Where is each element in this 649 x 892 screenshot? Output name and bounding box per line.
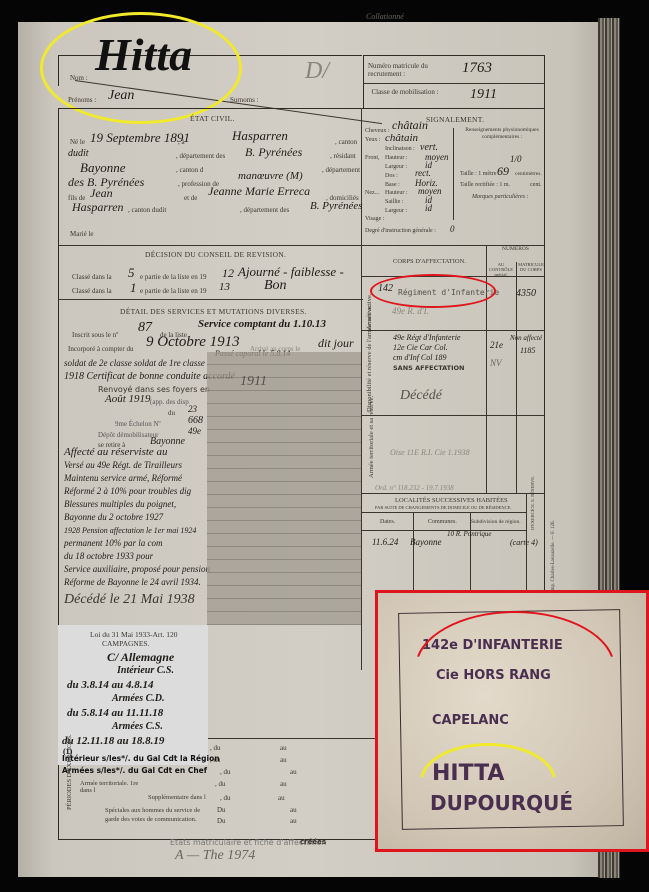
note-line: Maintenu service armé, Réformé xyxy=(64,472,214,485)
civil-right-divider xyxy=(361,108,362,245)
territoriale-label-vert: Armée territoriale et sa réserve. xyxy=(368,396,375,478)
dos-value: rect. xyxy=(415,168,431,178)
conseil-row2-partie: 1 xyxy=(130,280,137,296)
periodes-au: au xyxy=(280,744,287,752)
incorpore-label: Incorporé à compter du xyxy=(68,345,134,353)
col-matricule: MATRICULE DU CORPS xyxy=(517,262,545,272)
affectation-bottom-line: Ord. n° 118.232 - 19.7.1938 xyxy=(375,484,454,492)
decede-affectation: Décédé xyxy=(400,388,442,404)
localites-note: (carte 4) xyxy=(510,538,538,547)
note-line: du 18 octobre 1933 pour xyxy=(64,550,214,563)
matricule-divider xyxy=(363,83,544,84)
arrive-value: dit jour xyxy=(318,336,354,351)
conseil-row2-label: Classé dans la xyxy=(72,287,112,295)
campagne-line: Intérieur C.S. xyxy=(117,664,262,678)
overlay-year: 1911 xyxy=(240,374,267,390)
marie-label: Marié le xyxy=(70,230,94,238)
conseil-row2-value: Bon xyxy=(264,278,287,294)
localites-subtitle: PAR SUITE DE CHANGEMENTS DE DOMICILE OU … xyxy=(375,505,511,510)
degre-value: 0 xyxy=(450,224,455,234)
territoriale-label: Armée territoriale. 1re dans l xyxy=(80,780,140,794)
localites-header-line xyxy=(362,512,527,513)
col-subdivision: Subdivision de région. xyxy=(471,519,521,525)
conseil-row2-year: 13 xyxy=(219,281,230,293)
echelon-label: 9me Échelon Nº xyxy=(115,420,161,428)
canton-value: dudit xyxy=(68,148,89,159)
et-de-label: et de xyxy=(184,194,197,202)
campagnes-law: Loi du 31 Mai 1933-Art. 120 xyxy=(90,630,178,639)
section-divider-3 xyxy=(362,493,545,494)
inclinaison-label: Inclinaison : xyxy=(385,146,415,152)
saillie-label: Saillie : xyxy=(385,199,404,205)
campagnes-title: CAMPAGNES. xyxy=(102,639,149,648)
corner-mark: D/ xyxy=(305,58,329,85)
classe-label: Classe de mobilisation : xyxy=(370,88,440,96)
note-line: Réforme de Bayonne le 24 avril 1934. xyxy=(64,576,214,589)
residant-value: Bayonne xyxy=(80,160,125,176)
services-title: DÉTAIL DES SERVICES ET MUTATIONS DIVERSE… xyxy=(120,307,307,316)
departement-value: B. Pyrénées xyxy=(245,145,302,160)
nez-label: Nez... xyxy=(365,190,379,196)
section-divider-2 xyxy=(58,299,363,300)
conseil-row1-value: Ajourné - faiblesse - xyxy=(238,264,344,280)
campagne-line: du 5.8.14 au 11.11.18 xyxy=(67,706,212,720)
hauteur2-label: Hauteur : xyxy=(385,190,408,196)
periodes-au: au xyxy=(280,780,287,788)
campagne-line: Armées C.D. xyxy=(112,692,257,706)
note-line: Service auxiliaire, proposé pour pension xyxy=(64,563,214,576)
residant-label: , résidant xyxy=(330,152,356,160)
campagnes-stamp2: Armées s/les*/. du Gal Cdt en Chef xyxy=(62,766,207,775)
row-divider-2 xyxy=(362,415,545,416)
numero-matricule-value: 1763 xyxy=(462,60,492,77)
services-right-divider xyxy=(361,245,362,670)
departement-label: , département des xyxy=(176,152,225,160)
conseil-row1-label: Classé dans la xyxy=(72,273,112,281)
col-communes: Communes. xyxy=(428,519,457,525)
service-note: Service comptant du 1.10.13 xyxy=(198,318,326,330)
campagne-line: C/ Allemagne xyxy=(107,650,252,664)
periodes-du: , du xyxy=(220,768,231,776)
a-value: Hasparren xyxy=(232,128,288,144)
dispo-matricule: Non affecté xyxy=(510,334,542,342)
note-line: Réformé 2 à 10% pour troubles dig xyxy=(64,485,214,498)
taille-label: Taille : 1 mètre xyxy=(460,171,496,177)
footer-suffix: créées xyxy=(300,838,326,846)
hauteur-label: Hauteur : xyxy=(385,155,408,161)
speciales-label: Spéciales aux hommes du service de garde… xyxy=(105,806,215,824)
taille-fraction: 1/0 xyxy=(510,154,522,164)
profession-value: manœuvre (M) xyxy=(238,170,303,182)
fils-de-value: Jean xyxy=(90,186,113,201)
centimetres-label: centimètres. xyxy=(515,171,542,177)
conseil-row1-mid: e partie de la liste en 19 xyxy=(140,273,206,281)
departement3-value: B. Pyrénées xyxy=(310,200,363,212)
renseignements-label: Renseignements physionomiques complément… xyxy=(462,127,542,141)
yeux-label: Yeux : xyxy=(365,137,381,143)
yeux-value: châtain xyxy=(385,132,418,144)
surnoms-label: Surnoms : xyxy=(230,96,259,104)
conseil-title: DÉCISION DU CONSEIL DE REVISION. xyxy=(145,250,286,259)
cheveux-value: châtain xyxy=(392,118,428,133)
canton3-label: , canton dudit xyxy=(128,206,166,214)
dispo-line1: 49e Régt d'Infanterie xyxy=(393,333,460,342)
col-side: D'EXERCICE. E. RÉSERVE. xyxy=(530,476,535,530)
periodes-du: Du xyxy=(217,817,226,825)
numeros-title: NUMÉROS xyxy=(502,246,529,252)
dispo-line3: cm d'Inf Col 189 xyxy=(393,353,446,362)
base-label: Base : xyxy=(385,182,400,188)
dispo-controle: 21e xyxy=(490,340,503,350)
canton-label: , canton xyxy=(335,138,357,146)
marques-label: Marques particulières : xyxy=(472,194,529,200)
echelon-value: 668 xyxy=(188,415,203,426)
campagne-line: du 3.8.14 au 4.8.14 xyxy=(67,678,212,692)
note-line: 1928 Pension affectation le 1er mai 1924 xyxy=(64,524,214,537)
largeur2-value: id xyxy=(425,203,432,213)
depot-value: 49e xyxy=(188,426,201,436)
du-label: du xyxy=(168,409,175,417)
services-line3: soldat de 2e classe soldat de 1re classe xyxy=(64,358,205,368)
inset-line2: Cie HORS RANG xyxy=(436,668,551,683)
footer-signature: A — The 1974 xyxy=(175,848,255,864)
numero-matricule-label: Numéro matricule du recrutement : xyxy=(368,62,438,78)
conseil-row2-mid: e partie de la liste en 19 xyxy=(140,287,206,295)
dispo-matricule2: 1185 xyxy=(520,346,535,355)
inset-line5: DUPOURQUÉ xyxy=(430,791,573,815)
dispo-controle2: NV xyxy=(490,358,502,368)
inset-line3: CAPELANC xyxy=(432,713,509,728)
visage-label: Visage : xyxy=(365,216,384,222)
sans-affectation: SANS AFFECTATION xyxy=(393,364,465,372)
campagne-line: du 12.11.18 au 18.8.19 xyxy=(62,734,207,748)
localites-rue: 10 R. Pontrique xyxy=(447,530,492,538)
periodes-au: au xyxy=(280,756,287,764)
collationne-label: Collationné xyxy=(366,12,404,21)
inscrit-label: Inscrit sous le nº xyxy=(72,331,118,339)
periodes-du: Du xyxy=(217,806,226,814)
periodes-du: , du xyxy=(220,794,231,802)
du-value: 23 xyxy=(188,404,197,414)
row-divider-1 xyxy=(362,330,545,331)
territoriale-line: Oise 11E R.I. Cie 1.1938 xyxy=(390,448,470,457)
conseil-row1-partie: 5 xyxy=(128,265,135,281)
col-au-controle: AU CONTRÔLE spécial. xyxy=(487,262,515,277)
degre-label: Degré d'instruction générale : xyxy=(365,228,436,234)
decede-note: Décédé le 21 Mai 1938 xyxy=(64,592,195,608)
renvoye-value: Août 1919 xyxy=(105,393,151,405)
classe-value: 1911 xyxy=(470,87,497,103)
service-notes: Affecté au réserviste au Versé au 49e Ré… xyxy=(64,445,214,589)
domicilies-value: Hasparren xyxy=(72,200,124,215)
corps-title: CORPS D'AFFECTATION. xyxy=(393,258,466,265)
front-label: Front, xyxy=(365,155,380,161)
periodes-vertical-label: PÉRIODES D'EXERCICES. xyxy=(66,734,73,810)
periodes-du: , du xyxy=(215,780,226,788)
periodes-du: , du xyxy=(210,744,221,752)
largeur-label: Largeur : xyxy=(385,164,407,170)
note-line: Versé au 49e Régt. de Tirailleurs xyxy=(64,459,214,472)
localites-title: LOCALITÉS SUCCESSIVES HABITÉES xyxy=(395,497,508,504)
periodes-au: au xyxy=(290,768,297,776)
supplementaire-label: Supplémentaire dans l xyxy=(148,794,206,801)
ne-le-label: Né le xyxy=(70,138,85,146)
taille-rectifiee-label: Taille rectifiée : 1 m. xyxy=(460,182,510,188)
cent-label: cent. xyxy=(530,182,542,188)
note-line: permanent 10% par la com xyxy=(64,537,214,550)
et-de-value: Jeanne Marie Erreca xyxy=(208,184,310,199)
localites-date: 11.6.24 xyxy=(372,537,398,547)
row-active-extra: 49e R. d'I. xyxy=(392,306,429,316)
ne-le-value: 19 Septembre 1891 xyxy=(90,130,190,146)
taille-value: 69 xyxy=(497,164,509,179)
campagnes-stamp1: Intérieur s/les*/. du Gal Cdt la Région xyxy=(62,754,220,763)
conseil-row1-year: 12 xyxy=(222,266,234,281)
periodes-du: , du xyxy=(210,756,221,764)
localites-row-line xyxy=(362,530,527,531)
periodes-au: au xyxy=(290,806,297,814)
canton2-label: , canton d xyxy=(176,166,203,174)
localites-commune: Bayonne xyxy=(410,537,442,547)
col-dates: Dates. xyxy=(380,519,395,525)
stamp-inset: 142e D'INFANTERIE Cie HORS RANG CAPELANC… xyxy=(375,590,649,852)
a-label: , à xyxy=(178,138,185,146)
localites-col-1 xyxy=(413,512,414,590)
periodes-au: au xyxy=(290,817,297,825)
red-highlight-regiment xyxy=(370,274,496,308)
departement3-label: , département des xyxy=(240,206,289,214)
signalement-title: SIGNALEMENT. xyxy=(426,115,484,124)
matricule-value: 4350 xyxy=(516,288,536,299)
departement2-label: , département xyxy=(322,166,360,174)
side-printer: Imp. Charles-Lavauzelle. — F. 126. xyxy=(551,520,556,592)
largeur2-label: Largeur : xyxy=(385,208,407,214)
pasted-overlay xyxy=(207,352,362,625)
etat-civil-title: ÉTAT CIVIL. xyxy=(190,114,235,123)
app-label: (app. des disp xyxy=(150,398,189,406)
note-line: Blessures multiples du poignet, xyxy=(64,498,214,511)
section-divider-1 xyxy=(58,245,545,246)
dispo-line2: 12e Cie Car Col. xyxy=(393,343,448,352)
signalement-divider xyxy=(453,128,454,220)
campagne-line: Armées C.S. xyxy=(112,720,257,734)
note-line: Affecté au réserviste au xyxy=(64,445,214,459)
campagnes-lines: C/ Allemagne Intérieur C.S. du 3.8.14 au… xyxy=(62,650,207,748)
periodes-au: au xyxy=(278,794,285,802)
note-line: Bayonne du 2 octobre 1927 xyxy=(64,511,214,524)
dos-label: Dos : xyxy=(385,173,398,179)
